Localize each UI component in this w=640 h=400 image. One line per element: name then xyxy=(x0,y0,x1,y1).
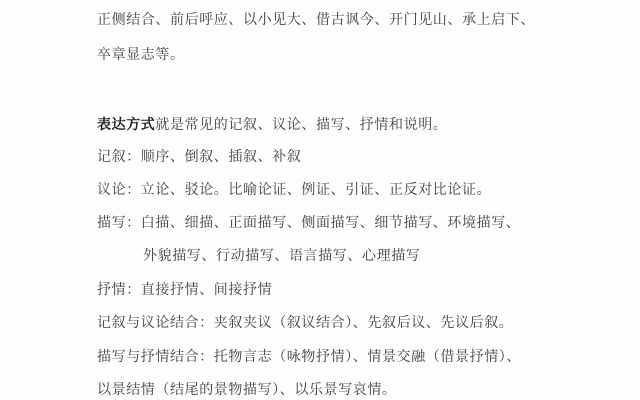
paragraph-description-line-2: 外貌描写、行动描写、语言描写、心理描写 xyxy=(143,247,420,265)
paragraph-narration: 记叙：顺序、倒叙、插叙、补叙 xyxy=(97,148,301,166)
paragraph-lyric: 抒情：直接抒情、间接抒情 xyxy=(97,281,272,299)
paragraph-description-lyric-combined-line-1: 描写与抒情结合：托物言志（咏物抒情）、情景交融（借景抒情）、 xyxy=(97,348,521,366)
paragraph-expression-methods: 表达方式就是常见的记叙、议论、描写、抒情和说明。 xyxy=(97,116,447,134)
paragraph-techniques-line-2: 卒章显志等。 xyxy=(97,46,185,64)
paragraph-techniques-line-1: 正侧结合、前后呼应、以小见大、借古讽今、开门见山、承上启下、 xyxy=(97,11,535,29)
document-page: 正侧结合、前后呼应、以小见大、借古讽今、开门见山、承上启下、 卒章显志等。 表达… xyxy=(0,0,640,400)
paragraph-narration-argument-combined: 记叙与议论结合：夹叙夹议（叙议结合）、先叙后议、先议后叙。 xyxy=(97,314,513,332)
expression-methods-definition: 就是常见的记叙、议论、描写、抒情和说明。 xyxy=(155,117,447,133)
paragraph-description-line-1: 描写：白描、细描、正面描写、侧面描写、细节描写、环境描写、 xyxy=(97,214,520,232)
term-expression-methods: 表达方式 xyxy=(97,117,155,133)
paragraph-argumentation: 议论：立论、驳论。比喻论证、例证、引证、正反对比论证。 xyxy=(97,181,491,199)
paragraph-description-lyric-combined-line-2: 以景结情（结尾的景物描写）、以乐景写哀情。 xyxy=(97,381,397,399)
